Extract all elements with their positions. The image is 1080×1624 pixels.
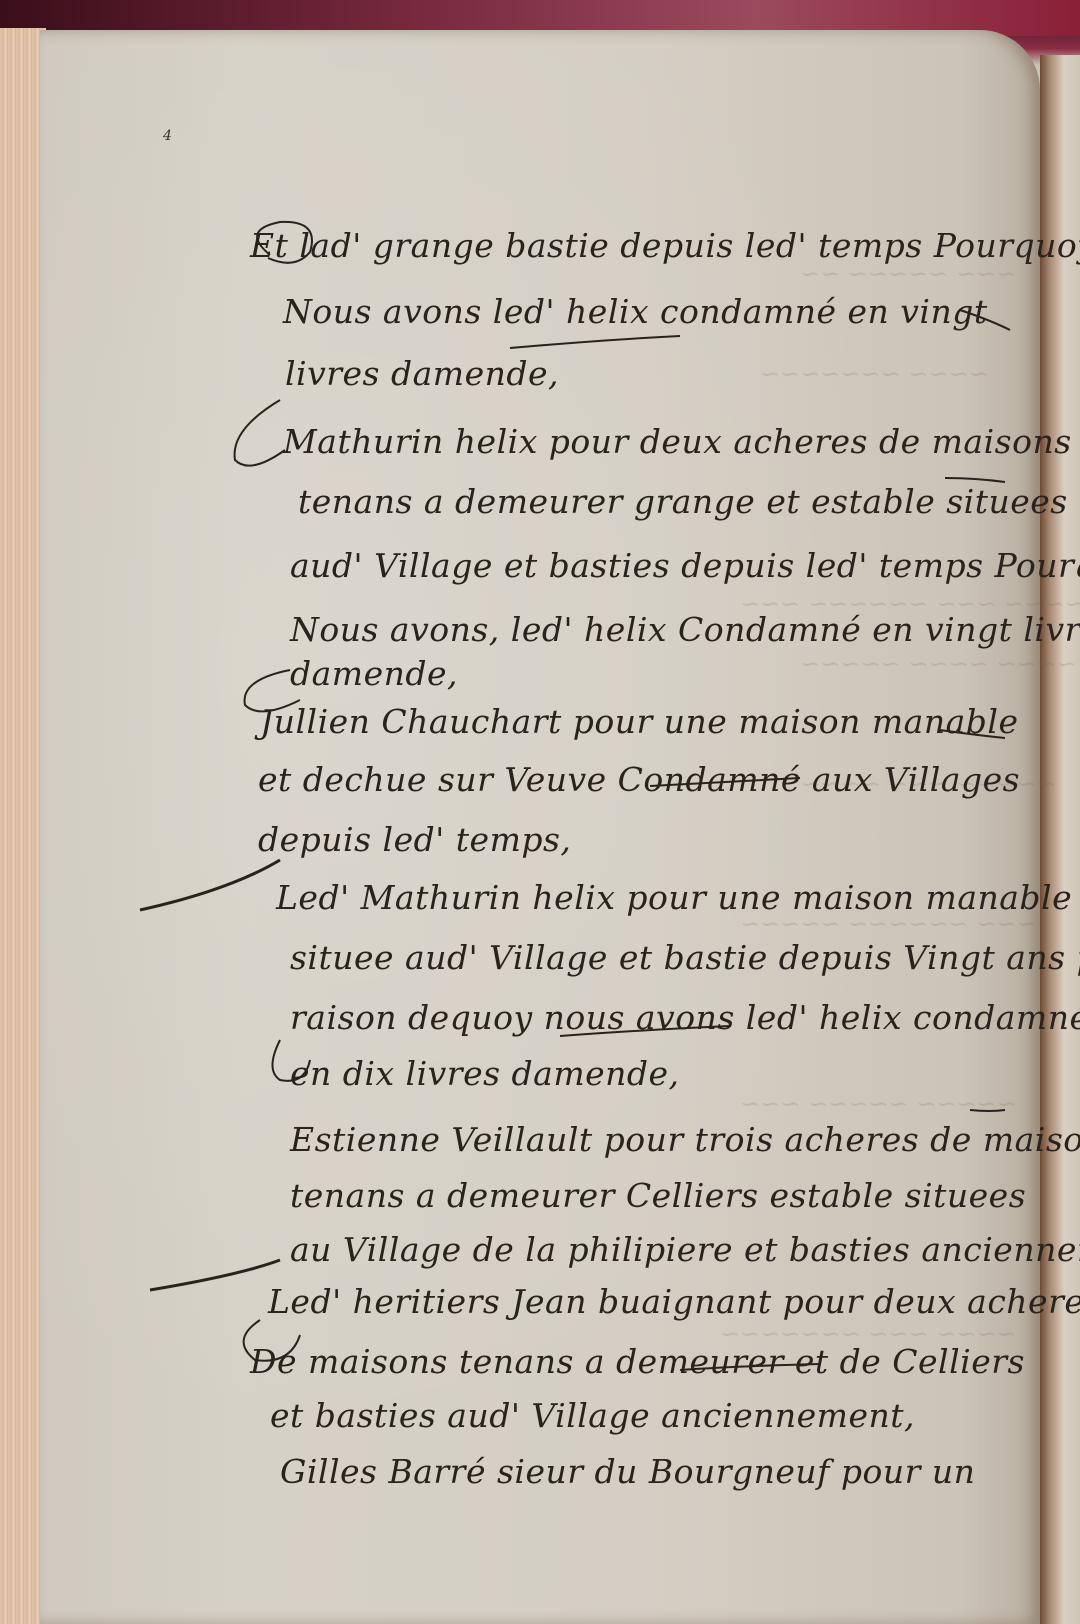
text-line: tenans a demeurer grange et estable situ…	[298, 482, 1068, 521]
text-line: Nous avons, led' helix Condamné en vingt…	[290, 610, 1080, 649]
text-line: livres damende,	[285, 354, 559, 393]
text-line: Estienne Veillault pour trois acheres de…	[290, 1120, 1080, 1159]
manuscript-photo: 4 ~~~ ~~~~~ ~~ ~~~~ ~~~~~~~ ~~~~~ ~~~ ~~…	[0, 0, 1080, 1624]
text-line: et basties aud' Village anciennement,	[270, 1396, 915, 1435]
text-line: Jullien Chauchart pour une maison manabl…	[260, 702, 1019, 741]
text-line: au Village de la philipiere et basties a…	[290, 1230, 1080, 1269]
bleed-through-text: ~~~~ ~~~~ ~~~~~	[800, 650, 1077, 678]
text-line: damende,	[290, 654, 458, 693]
text-line: Mathurin helix pour deux acheres de mais…	[283, 422, 1080, 461]
text-line: De maisons tenans a demeurer et de Celli…	[250, 1342, 1025, 1381]
text-line: Led' Mathurin helix pour une maison mana…	[276, 878, 1072, 917]
next-page-edge	[1040, 55, 1080, 1624]
text-line: Nous avons led' helix condamné en vingt	[283, 292, 988, 331]
text-line: Et lad' grange bastie depuis led' temps …	[250, 226, 1080, 265]
text-line: en dix livres damende,	[290, 1054, 680, 1093]
bleed-through-text: ~~~~~ ~~~~~ ~~~	[740, 1090, 1017, 1118]
bleed-through-text: ~~~~ ~~~~~~~	[760, 360, 989, 388]
text-line: situee aud' Village et bastie depuis Vin…	[290, 938, 1080, 977]
text-line: et dechue sur Veuve Condamné aux Village…	[258, 760, 1020, 799]
text-line: Gilles Barré sieur du Bourgneuf pour un	[280, 1452, 975, 1491]
text-line: tenans a demeurer Celliers estable situe…	[290, 1176, 1026, 1215]
manuscript-page: 4 ~~~ ~~~~~ ~~ ~~~~ ~~~~~~~ ~~~~~ ~~~ ~~…	[40, 30, 1040, 1624]
page-number: 4	[163, 128, 172, 144]
text-line: depuis led' temps,	[258, 820, 571, 859]
text-line: aud' Village et basties depuis led' temp…	[290, 546, 1080, 585]
text-line: raison dequoy nous avons led' helix cond…	[290, 998, 1080, 1037]
text-line: Led' heritiers Jean buaignant pour deux …	[268, 1282, 1080, 1321]
